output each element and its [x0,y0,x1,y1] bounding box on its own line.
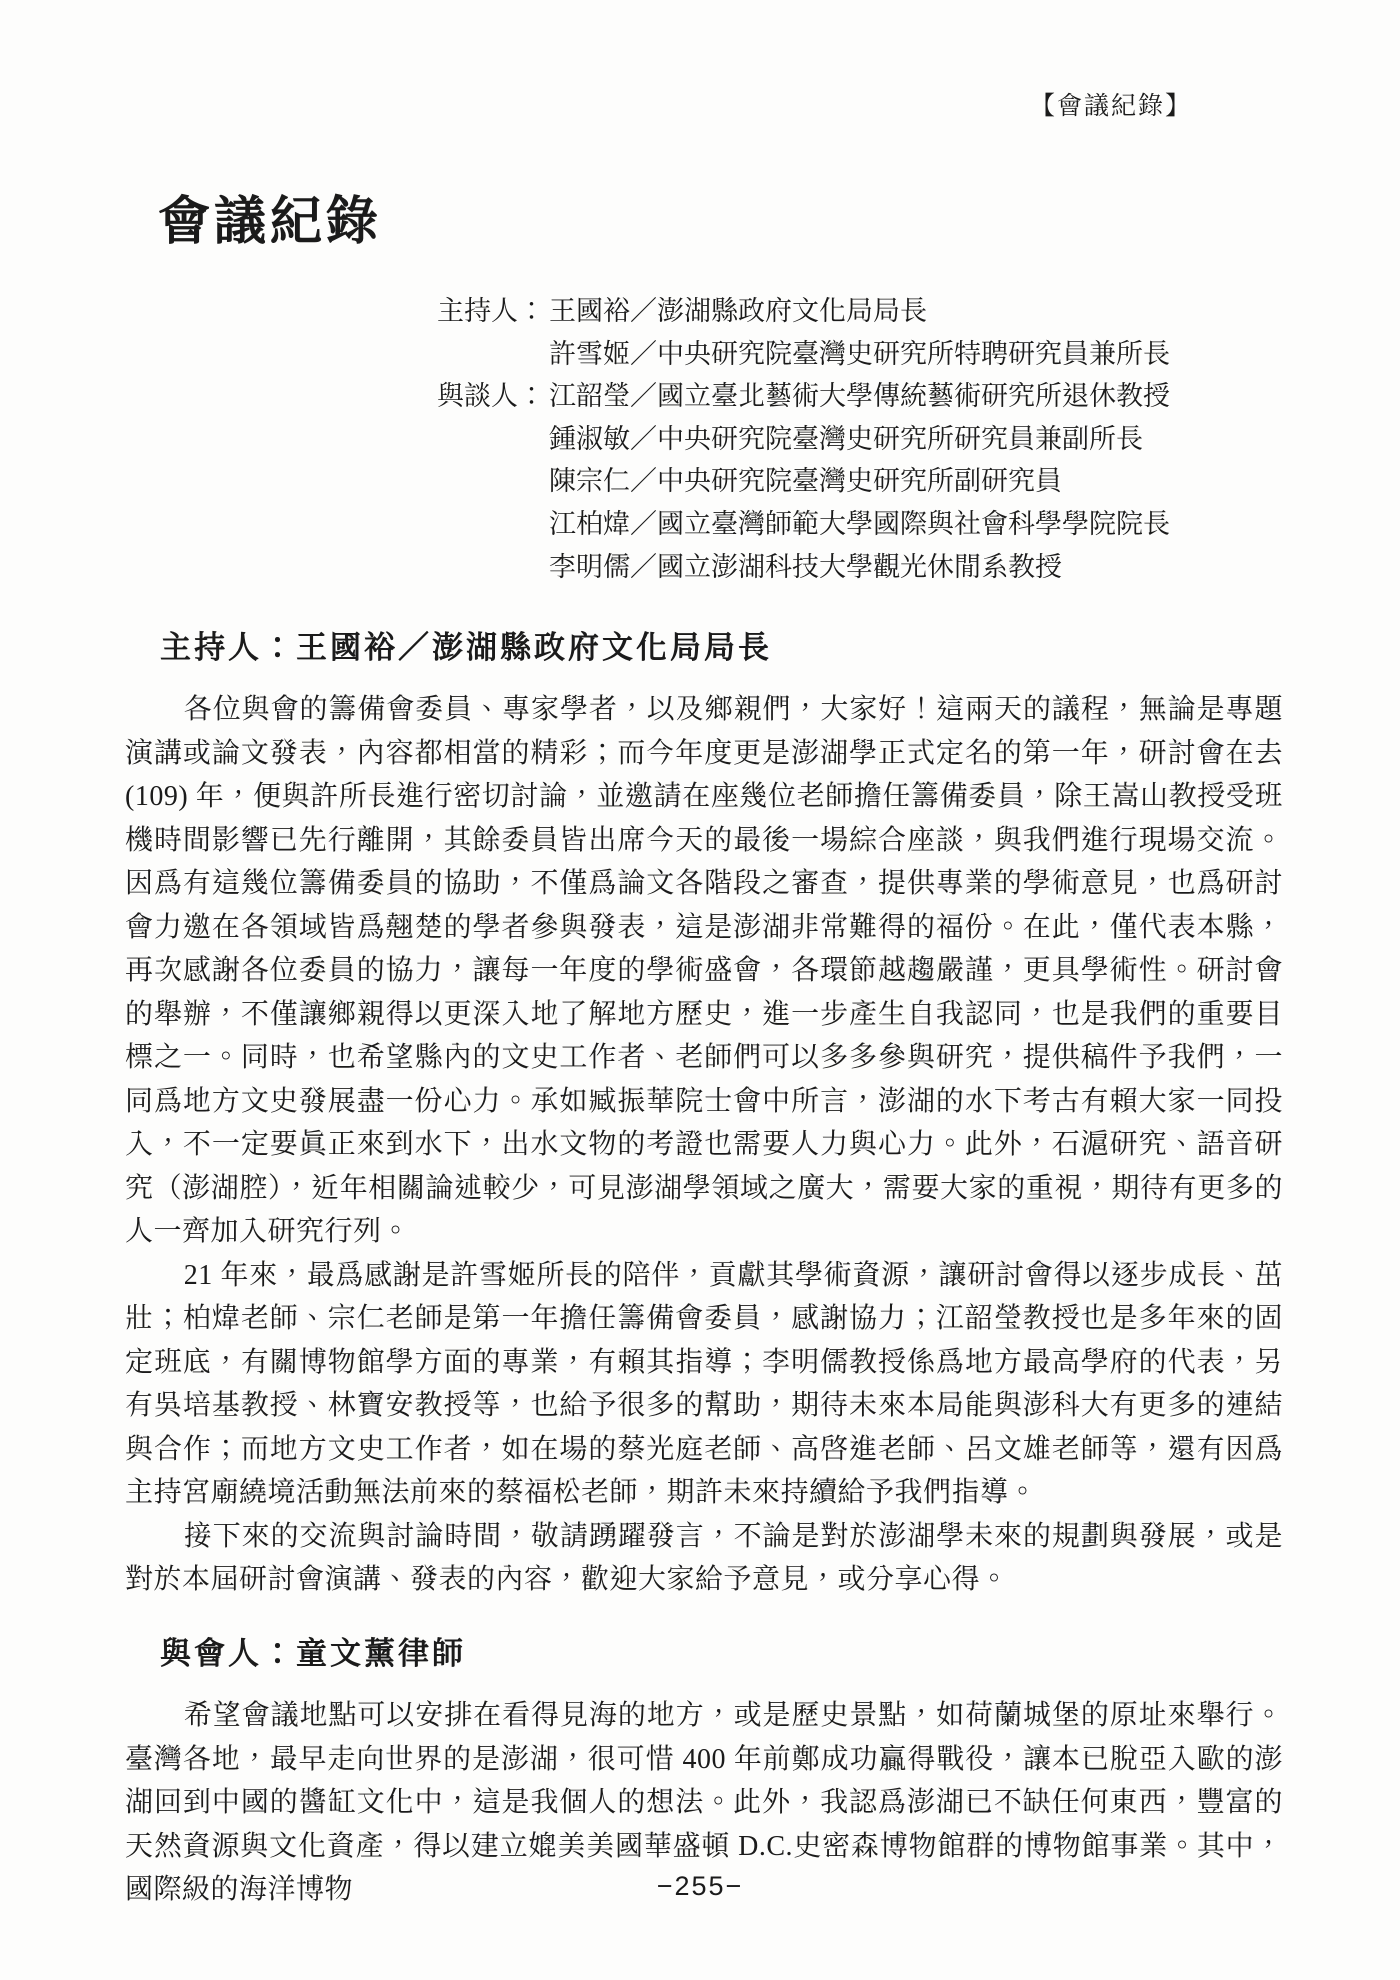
participant-role-label [437,546,549,589]
participant-name-affiliation: 陳宗仁／中央研究院臺灣史研究所副研究員 [549,460,1062,503]
participant-role-label [437,418,549,461]
participant-row: 與談人： 江韶瑩／國立臺北藝術大學傳統藝術研究所退休教授 [437,375,1170,418]
participant-name-affiliation: 李明儒／國立澎湖科技大學觀光休閒系教授 [549,546,1062,589]
participant-row: 江柏煒／國立臺灣師範大學國際與社會科學學院院長 [437,503,1170,546]
participant-name-affiliation: 許雪姬／中央研究院臺灣史研究所特聘研究員兼所長 [549,333,1170,376]
moderator-paragraph-1: 各位與會的籌備會委員、專家學者，以及鄉親們，大家好！這兩天的議程，無論是專題演講… [125,688,1283,1254]
section-heading-attendee: 與會人：童文薰律師 [160,1632,1283,1675]
participant-row: 李明儒／國立澎湖科技大學觀光休閒系教授 [437,546,1170,589]
document-body: 主持人：王國裕／澎湖縣政府文化局局長 各位與會的籌備會委員、專家學者，以及鄉親們… [125,626,1283,1912]
participant-name-affiliation: 王國裕／澎湖縣政府文化局局長 [549,290,927,333]
page-header-tag: 【會議紀錄】 [1030,86,1192,122]
moderator-paragraph-2: 21 年來，最爲感謝是許雪姬所長的陪伴，貢獻其學術資源，讓研討會得以逐步成長、茁… [125,1254,1283,1515]
participant-role-label: 主持人： [437,290,549,333]
participant-name-affiliation: 江柏煒／國立臺灣師範大學國際與社會科學學院院長 [549,503,1170,546]
participant-name-affiliation: 鍾淑敏／中央研究院臺灣史研究所研究員兼副所長 [549,418,1143,461]
page-title: 會議紀錄 [158,192,382,254]
document-page: 【會議紀錄】 會議紀錄 主持人： 王國裕／澎湖縣政府文化局局長 許雪姬／中央研究… [0,0,1400,1980]
participant-row: 主持人： 王國裕／澎湖縣政府文化局局長 [437,290,1170,333]
participant-role-label [437,503,549,546]
participant-role-label [437,333,549,376]
page-number: −255− [0,1871,1400,1902]
moderator-paragraph-3: 接下來的交流與討論時間，敬請踴躍發言，不論是對於澎湖學未來的規劃與發展，或是對於… [125,1515,1283,1602]
section-heading-moderator: 主持人：王國裕／澎湖縣政府文化局局長 [160,626,1283,669]
participants-list: 主持人： 王國裕／澎湖縣政府文化局局長 許雪姬／中央研究院臺灣史研究所特聘研究員… [437,290,1170,588]
participant-role-label [437,460,549,503]
participant-row: 鍾淑敏／中央研究院臺灣史研究所研究員兼副所長 [437,418,1170,461]
participant-name-affiliation: 江韶瑩／國立臺北藝術大學傳統藝術研究所退休教授 [549,375,1170,418]
participant-row: 陳宗仁／中央研究院臺灣史研究所副研究員 [437,460,1170,503]
participant-role-label: 與談人： [437,375,549,418]
participant-row: 許雪姬／中央研究院臺灣史研究所特聘研究員兼所長 [437,333,1170,376]
